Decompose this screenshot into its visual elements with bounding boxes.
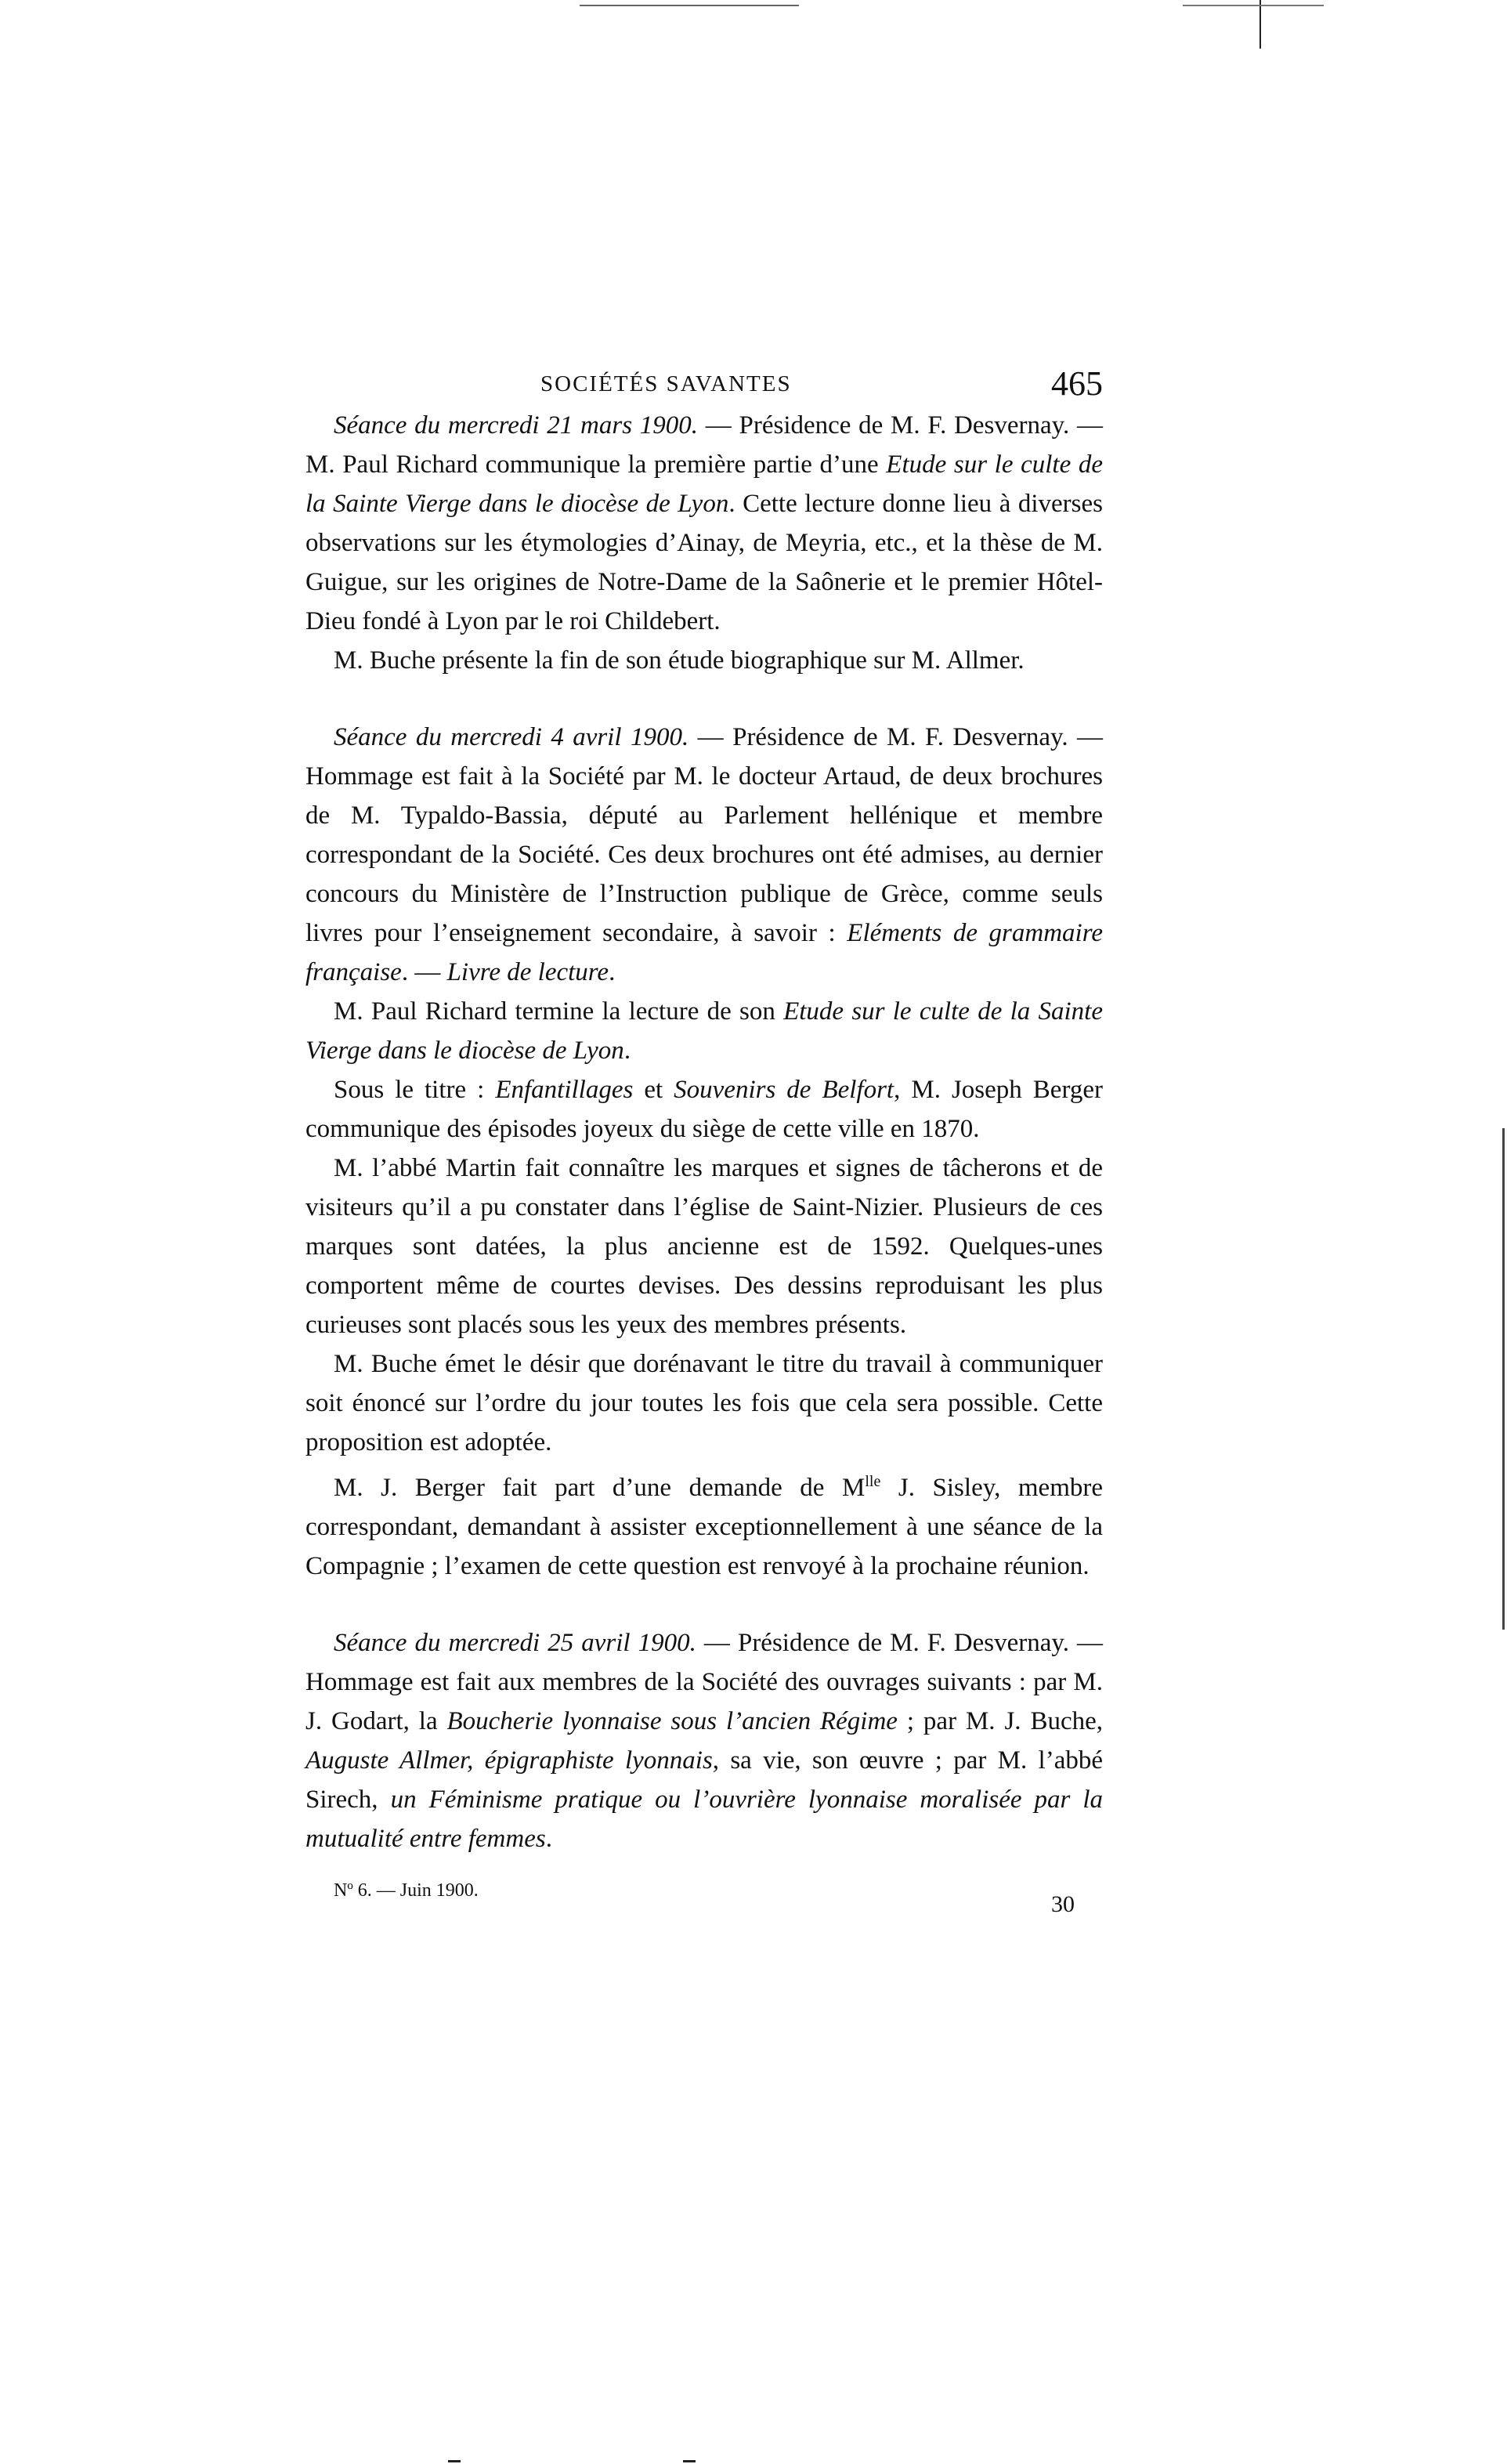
page-number: 465 [1051,364,1103,403]
session-title: Séance du mercredi 21 mars 1900. [334,411,698,440]
work-title: Enfantillages [495,1076,633,1104]
session-paragraph: Séance du mercredi 21 mars 1900. — Prési… [305,406,1103,641]
paragraph: M. Paul Richard termine la lecture de so… [305,992,1103,1070]
paragraph: M. J. Berger fait part d’une demande de … [305,1462,1103,1586]
body-text: Séance du mercredi 21 mars 1900. — Prési… [305,406,1103,1858]
paragraph: Sous le titre : Enfantillages et Souveni… [305,1070,1103,1149]
document-page: SOCIÉTÉS SAVANTES 465 Séance du mercredi… [0,0,1507,2464]
session-title: Séance du mercredi 25 avril 1900. [334,1629,696,1657]
signature-mark: 30 [1051,1891,1075,1918]
session-paragraph: Séance du mercredi 4 avril 1900. — Prési… [305,718,1103,992]
work-title: Livre de lecture [447,958,609,986]
scan-artifact [580,5,799,6]
session-title: Séance du mercredi 4 avril 1900. [334,723,688,751]
session-presidence: — Présidence de M. F. Desvernay. [696,1629,1069,1657]
work-title: Boucherie lyonnaise sous l’ancien Régime [447,1707,898,1735]
scan-artifact [1502,1128,1505,1630]
page-footer: Nº 6. — Juin 1900. 30 [305,1880,1103,1935]
paragraph: M. l’abbé Martin fait connaître les marq… [305,1149,1103,1344]
paragraph: M. Buche émet le désir que dorénavant le… [305,1344,1103,1462]
superscript: lle [865,1473,880,1490]
scan-artifact [1259,0,1261,49]
session-paragraph: Séance du mercredi 25 avril 1900. — Prés… [305,1623,1103,1858]
issue-line: Nº 6. — Juin 1900. [334,1880,479,1901]
scan-artifact [683,2460,696,2462]
session-presidence: — Présidence de M. F. Desvernay. [688,723,1068,751]
running-head-title: SOCIÉTÉS SAVANTES [540,371,792,397]
scan-artifact [1183,5,1324,6]
scan-artifact [448,2460,461,2462]
work-title: un Féminisme pratique ou l’ouvrière lyon… [305,1786,1103,1853]
work-title: Auguste Allmer, épigraphiste lyonnais [305,1746,713,1775]
session-presidence: — Présidence de M. F. Desvernay. [698,411,1069,440]
work-title: Souvenirs de Belfort [674,1076,894,1104]
paragraph: M. Buche présente la fin de son étude bi… [305,641,1103,680]
